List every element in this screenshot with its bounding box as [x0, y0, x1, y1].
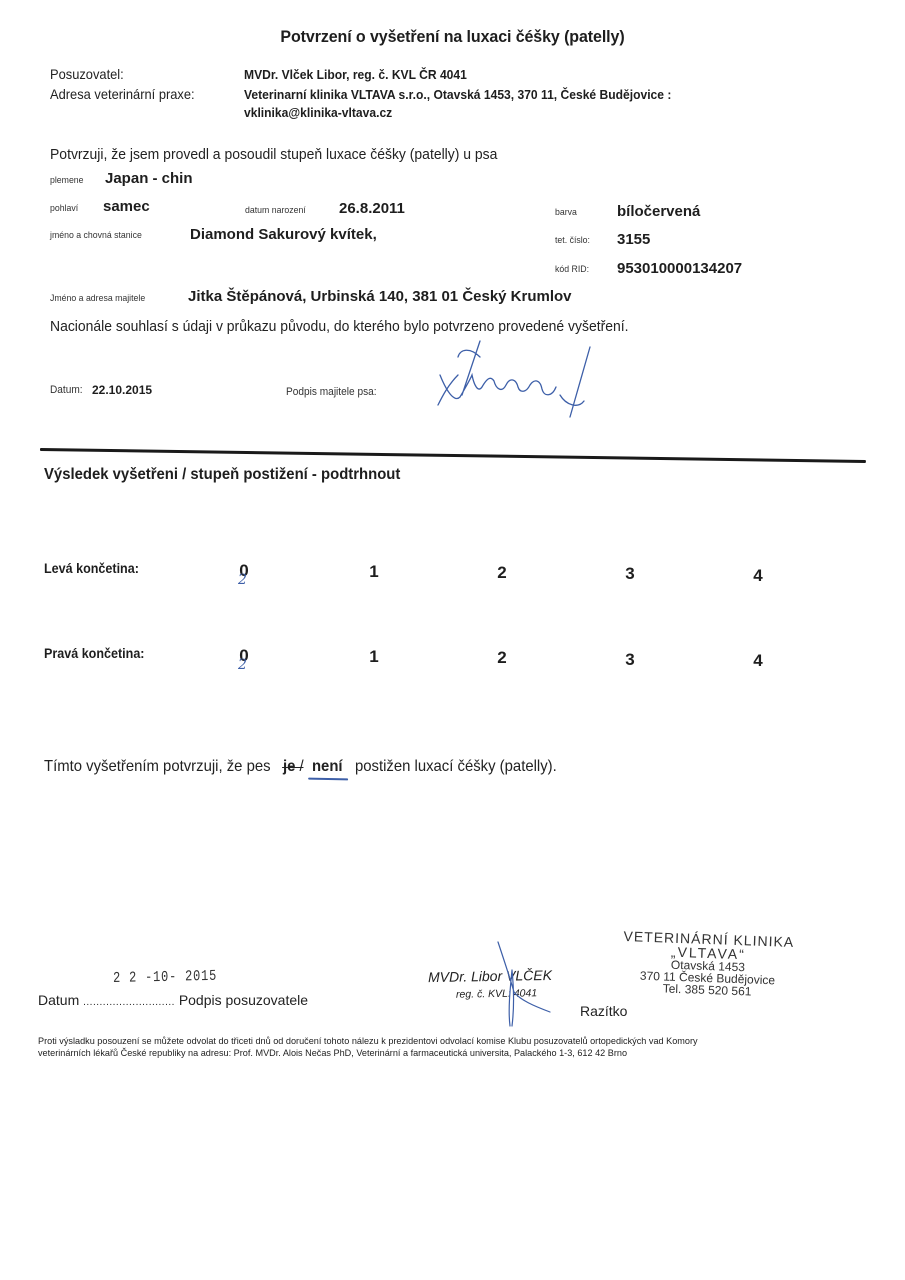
breed-value: Japan - chin: [105, 170, 193, 187]
appeal-note: Proti výsladku posouzení se můžete odvol…: [38, 1036, 698, 1060]
tattoo-label: tet. číslo:: [555, 235, 590, 246]
examiner-date-label: Datum: [38, 992, 79, 1008]
owner-value: Jitka Štěpánová, Urbinská 140, 381 01 Če…: [188, 288, 572, 305]
owner-date-value: 22.10.2015: [92, 383, 152, 397]
owner-label: Jméno a adresa majitele: [50, 293, 145, 304]
appeal-note-line1: Proti výsladku posouzení se můžete odvol…: [38, 1036, 698, 1048]
practice-label: Adresa veterinární praxe:: [50, 86, 195, 102]
left-grade-2[interactable]: 2: [492, 563, 512, 583]
stamp-label: Razítko: [580, 1003, 627, 1019]
birth-date-value: 26.8.2011: [339, 200, 405, 217]
option-neni-selected[interactable]: není: [312, 758, 343, 775]
examiner-value: MVDr. Vlček Libor, reg. č. KVL ČR 4041: [244, 67, 467, 82]
dog-name-label: jméno a chovná stanice: [50, 230, 142, 241]
color-value: bíločervená: [617, 203, 700, 220]
left-grade-4[interactable]: 4: [748, 566, 768, 586]
examiner-date-line: Datum ............................ Podpi…: [38, 992, 308, 1008]
right-limb-label: Pravá končetina:: [44, 646, 144, 661]
practice-email: vklinika@klinika-vltava.cz: [244, 105, 392, 120]
confirmation-suffix: postižen luxací čéšky (patelly).: [355, 758, 557, 775]
examiner-signature-scribble: [490, 930, 570, 1030]
tattoo-value: 3155: [617, 231, 650, 248]
appeal-note-line2: veterinárních lékařů České republiky na …: [38, 1048, 698, 1060]
owner-signature-scribble: [420, 335, 620, 425]
left-grade-1[interactable]: 1: [364, 562, 384, 582]
birth-date-label: datum narození: [245, 205, 306, 216]
breed-label: plemene: [50, 175, 84, 186]
clinic-stamp: VETERINÁRNÍ KLINIKA „VLTAVA“ Otavská 145…: [607, 929, 809, 1000]
intro-statement: Potvrzuji, že jsem provedl a posoudil st…: [50, 146, 497, 163]
owner-date-label: Datum:: [50, 384, 83, 396]
color-label: barva: [555, 207, 577, 218]
owner-signature-label: Podpis majitele psa:: [286, 386, 377, 398]
result-heading: Výsledek vyšetřeni / stupeň postižení - …: [44, 466, 400, 484]
right-grade-ink-underline: 2: [238, 657, 247, 673]
section-divider: [40, 448, 866, 463]
right-grade-4[interactable]: 4: [748, 651, 768, 671]
rid-label: kód RID:: [555, 264, 589, 275]
right-grade-1[interactable]: 1: [364, 647, 384, 667]
confirmation-statement: Tímto vyšetřením potvrzuji, že pes je / …: [44, 758, 557, 776]
examiner-signature-label: Podpis posuzovatele: [179, 992, 308, 1008]
right-grade-2[interactable]: 2: [492, 648, 512, 668]
stamped-date: 2 2 -10- 2015: [113, 968, 217, 987]
confirmation-prefix: Tímto vyšetřením potvrzuji, že pes: [44, 758, 271, 775]
left-grade-3[interactable]: 3: [620, 564, 640, 584]
right-grade-3[interactable]: 3: [620, 650, 640, 670]
left-grade-ink-underline: 2: [238, 572, 247, 588]
sex-label: pohlaví: [50, 203, 78, 214]
document-title: Potvrzení o vyšetření na luxaci čéšky (p…: [14, 28, 892, 47]
dog-name-value: Diamond Sakurový kvítek,: [190, 226, 377, 243]
rid-value: 953010000134207: [617, 260, 742, 277]
left-limb-label: Levá končetina:: [44, 561, 139, 576]
pedigree-statement: Nacionále souhlasí s údaji v průkazu pův…: [50, 318, 629, 335]
examiner-label: Posuzovatel:: [50, 66, 124, 82]
practice-address: Veterinarní klinika VLTAVA s.r.o., Otavs…: [244, 87, 671, 102]
sex-value: samec: [103, 198, 150, 215]
option-je-struck[interactable]: je: [283, 758, 295, 775]
examiner-date-dots: ............................: [83, 997, 175, 1008]
